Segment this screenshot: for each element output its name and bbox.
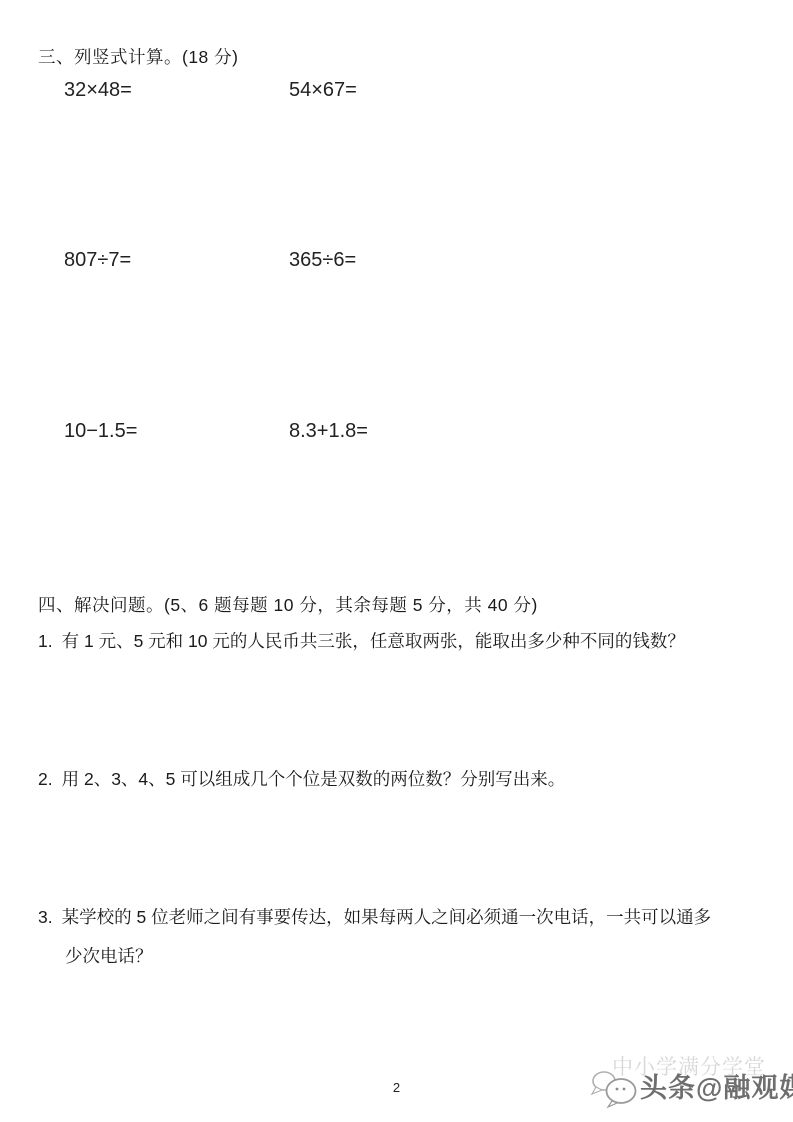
problem-number: 3.: [38, 907, 53, 928]
equation-expression: 10−1.5=: [64, 420, 137, 443]
section-calculation-heading: 三、列竖式计算。(18 分): [38, 44, 238, 69]
watermark-main-text: 头条@融观媒: [640, 1066, 793, 1105]
word-problem-2: 2.用 2、3、4、5 可以组成几个个位是双数的两位数？分别写出来。: [38, 766, 565, 791]
word-problem-1: 1.有 1 元、5 元和 10 元的人民币共三张，任意取两张，能取出多少种不同的…: [38, 628, 685, 653]
equation-expression: 32×48=: [64, 79, 132, 102]
problem-number: 1.: [38, 631, 53, 652]
word-problem-3: 3.某学校的 5 位老师之间有事要传达，如果每两人之间必须通一次电话，一共可以通…: [38, 904, 711, 929]
equation-expression: 8.3+1.8=: [289, 420, 368, 443]
section-word-problems-heading: 四、解决问题。(5、6 题每题 10 分，其余每题 5 分，共 40 分): [38, 592, 538, 617]
problem-text: 某学校的 5 位老师之间有事要传达，如果每两人之间必须通一次电话，一共可以通多: [62, 907, 711, 927]
speech-bubbles-icon: [590, 1068, 642, 1110]
equation-expression: 54×67=: [289, 79, 357, 102]
word-problem-3-continued: 少次电话？: [65, 943, 153, 968]
problem-text: 有 1 元、5 元和 10 元的人民币共三张，任意取两张，能取出多少种不同的钱数…: [62, 631, 685, 651]
equation-expression: 365÷6=: [289, 249, 356, 272]
problem-number: 2.: [38, 769, 53, 790]
exam-page: 三、列竖式计算。(18 分) 32×48= 54×67= 807÷7= 365÷…: [0, 0, 793, 1122]
problem-text: 用 2、3、4、5 可以组成几个个位是双数的两位数？分别写出来。: [62, 769, 566, 789]
equation-expression: 807÷7=: [64, 249, 131, 272]
problem-text: 少次电话？: [65, 946, 153, 966]
